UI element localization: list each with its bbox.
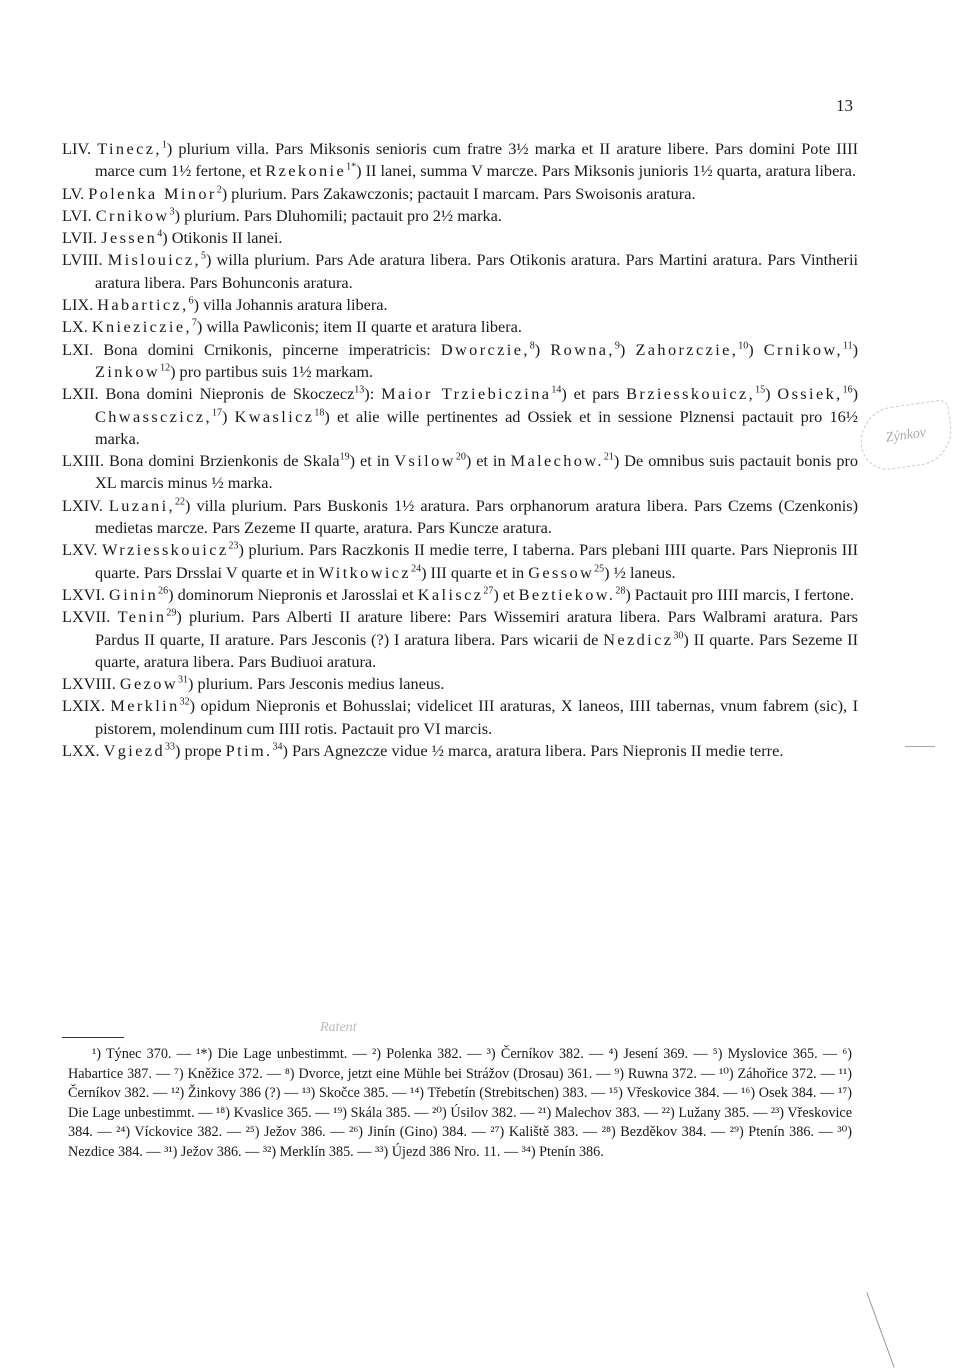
place-name: Zahorzczie, (635, 340, 738, 359)
place-name: Rzekonie (265, 161, 346, 180)
footnote-ref: 33 (165, 742, 175, 753)
footnote-ref: 14 (551, 385, 561, 396)
footnote-ref: 18 (314, 407, 324, 418)
text: Bona domini Niepronis de Skoczecz (105, 384, 354, 403)
text: ) Pactauit pro IIII marcis, I fertone. (625, 585, 854, 604)
footnote-ref: 24 (411, 563, 421, 574)
text: ) (765, 384, 777, 403)
place-name: Mislouicz, (108, 250, 201, 269)
entry-number: LXVI. (62, 585, 109, 604)
entry-number: LVII. (62, 228, 101, 247)
place-name: Gezow (120, 674, 178, 693)
entry-number: LXII. (62, 384, 105, 403)
text: ): (364, 384, 381, 403)
place-name: Luzani, (109, 496, 175, 515)
text: Bona domini Brzienkonis de Skala (109, 451, 340, 470)
text: ) villa plurium. Pars Buskonis 1½ aratur… (95, 496, 858, 537)
footnote-divider (62, 1037, 124, 1038)
footnote-ref: 34 (273, 742, 283, 753)
place-name: Ginin (109, 585, 158, 604)
place-name: Knieziczie, (92, 317, 192, 336)
entry-number: LX. (62, 317, 92, 336)
place-name: Crnikow, (764, 340, 843, 359)
faint-stamp: Ratent (320, 1020, 357, 1036)
text: ) et in (466, 451, 511, 470)
place-name: Dworczie, (441, 340, 530, 359)
text: ) dominorum Niepronis et Jarosslai et (168, 585, 418, 604)
place-name: Ossiek, (777, 384, 842, 403)
footnote-ref: 31 (178, 675, 188, 686)
handwritten-margin-note: Zýnkov (856, 399, 956, 473)
text: ) pro partibus suis 1½ markam. (170, 362, 373, 381)
entry-lxiv: LXIV. Luzani,22) villa plurium. Pars Bus… (62, 495, 858, 540)
footnote-ref: 30 (673, 630, 683, 641)
footnote-ref: 12 (160, 363, 170, 374)
footnote-ref: 10 (738, 340, 748, 351)
text: ) et in (350, 451, 395, 470)
footnote-ref: 21 (604, 452, 614, 463)
entry-lxviii: LXVIII. Gezow31) plurium. Pars Jesconis … (62, 673, 858, 695)
footnote-text: ¹) Týnec 370. — ¹*) Die Lage unbestimmt.… (68, 1045, 852, 1163)
entry-lxix: LXIX. Merklin32) opidum Niepronis et Boh… (62, 695, 858, 740)
entry-number: LXIV. (62, 496, 109, 515)
entry-lvi: LVI. Crnikow3) plurium. Pars Dluhomili; … (62, 205, 858, 227)
entry-lxi: LXI. Bona domini Crnikonis, pincerne imp… (62, 339, 858, 384)
place-name: Ptim. (226, 741, 273, 760)
entry-liv: LIV. Tinecz,1) plurium villa. Pars Mikso… (62, 138, 858, 183)
place-name: Witkowicz (319, 563, 411, 582)
text: ) ½ laneus. (604, 563, 675, 582)
place-name: Vgiezd (104, 741, 165, 760)
place-name: Zinkow (95, 362, 160, 381)
place-name: Gessow (528, 563, 594, 582)
entry-number: LVIII. (62, 250, 108, 269)
place-name: Maior Trziebiczina (381, 384, 551, 403)
entry-number: LXV. (62, 540, 102, 559)
footnote-ref: 28 (615, 586, 625, 597)
footnotes: ¹) Týnec 370. — ¹*) Die Lage unbestimmt.… (94, 1045, 852, 1163)
text: ) et pars (561, 384, 626, 403)
entry-number: LV. (62, 184, 88, 203)
entry-lxvii: LXVII. Tenin29) plurium. Pars Alberti II… (62, 606, 858, 673)
footnote-ref: 16 (843, 385, 853, 396)
place-name: Vsilow (394, 451, 455, 470)
text: ) plurium. Pars Jesconis medius laneus. (188, 674, 444, 693)
place-name: Kwaslicz (235, 407, 315, 426)
place-name: Tenin (118, 607, 167, 626)
entry-lxx: LXX. Vgiezd33) prope Ptim.34) Pars Agnez… (62, 740, 858, 762)
place-name: Rowna, (550, 340, 615, 359)
text: ) villa Johannis aratura libera. (194, 295, 388, 314)
margin-dash-mark (905, 746, 935, 747)
text: Bona domini Crnikonis, pincerne imperatr… (103, 340, 441, 359)
footnote-ref: 22 (175, 496, 185, 507)
entry-lxv: LXV. Wrziesskouicz23) plurium. Pars Racz… (62, 539, 858, 584)
entry-lxii: LXII. Bona domini Niepronis de Skoczecz1… (62, 383, 858, 450)
entry-lv: LV. Polenka Minor2) plurium. Pars Zakawc… (62, 183, 858, 205)
footnote-ref: 32 (180, 697, 190, 708)
place-name: Habarticz, (97, 295, 188, 314)
text: ) (853, 384, 858, 403)
place-name: Polenka Minor (88, 184, 216, 203)
place-name: Nezdicz (603, 630, 673, 649)
footnote-ref: 25 (594, 563, 604, 574)
text: ) Pars Agnezcze vidue ½ marca, aratura l… (283, 741, 784, 760)
footnote-ref: 19 (340, 452, 350, 463)
page-number: 13 (836, 96, 853, 116)
entry-number: LXVIII. (62, 674, 120, 693)
main-text: LIV. Tinecz,1) plurium villa. Pars Mikso… (62, 138, 858, 762)
entry-number: LXIII. (62, 451, 109, 470)
text: ) et (493, 585, 518, 604)
entry-lxiii: LXIII. Bona domini Brzienkonis de Skala1… (62, 450, 858, 495)
place-name: Wrziesskouicz (102, 540, 228, 559)
place-name: Brziesskouicz, (626, 384, 755, 403)
footnote-ref: 26 (158, 586, 168, 597)
footnote-ref: 15 (755, 385, 765, 396)
text: ) (620, 340, 636, 359)
footnote-ref: 11 (843, 340, 853, 351)
entry-lx: LX. Knieziczie,7) willa Pawliconis; item… (62, 316, 858, 338)
place-name: Beztiekow. (519, 585, 616, 604)
corner-pencil-line (866, 1292, 894, 1368)
text: ) (535, 340, 551, 359)
place-name: Jessen (101, 228, 157, 247)
entry-number: LVI. (62, 206, 96, 225)
footnote-ref: 23 (228, 541, 238, 552)
text: ) (853, 340, 858, 359)
entry-number: LXX. (62, 741, 104, 760)
place-name: Chwassczicz, (95, 407, 212, 426)
text: ) plurium. Pars Dluhomili; pactauit pro … (175, 206, 502, 225)
footnote-ref: 29 (166, 608, 176, 619)
footnote-ref: 27 (483, 586, 493, 597)
place-name: Kaliscz (418, 585, 484, 604)
entry-lxvi: LXVI. Ginin26) dominorum Niepronis et Ja… (62, 584, 858, 606)
place-name: Merklin (110, 696, 179, 715)
text: ) (748, 340, 764, 359)
text: ) III quarte et in (421, 563, 528, 582)
entry-number: LXIX. (62, 696, 110, 715)
footnote-ref: 13 (354, 385, 364, 396)
footnote-ref: 1* (346, 162, 356, 173)
footnote-ref: 17 (212, 407, 222, 418)
text: ) prope (175, 741, 226, 760)
text: ) II lanei, summa V marcze. Pars Miksoni… (356, 161, 856, 180)
text: ) Otikonis II lanei. (162, 228, 282, 247)
entry-number: LIV. (62, 139, 97, 158)
text: ) plurium. Pars Zakawczonis; pactauit I … (222, 184, 696, 203)
place-name: Tinecz, (97, 139, 162, 158)
place-name: Crnikow (96, 206, 170, 225)
place-name: Malechow. (511, 451, 604, 470)
entry-lix: LIX. Habarticz,6) villa Johannis aratura… (62, 294, 858, 316)
entry-number: LXI. (62, 340, 103, 359)
entry-lvii: LVII. Jessen4) Otikonis II lanei. (62, 227, 858, 249)
entry-lviii: LVIII. Mislouicz,5) willa plurium. Pars … (62, 249, 858, 294)
text: ) opidum Niepronis et Bohusslai; videlic… (95, 696, 858, 737)
text: ) willa plurium. Pars Ade aratura libera… (95, 250, 858, 291)
entry-number: LIX. (62, 295, 97, 314)
text: ) (222, 407, 235, 426)
footnote-ref: 20 (456, 452, 466, 463)
text: ) willa Pawliconis; item II quarte et ar… (197, 317, 522, 336)
entry-number: LXVII. (62, 607, 118, 626)
